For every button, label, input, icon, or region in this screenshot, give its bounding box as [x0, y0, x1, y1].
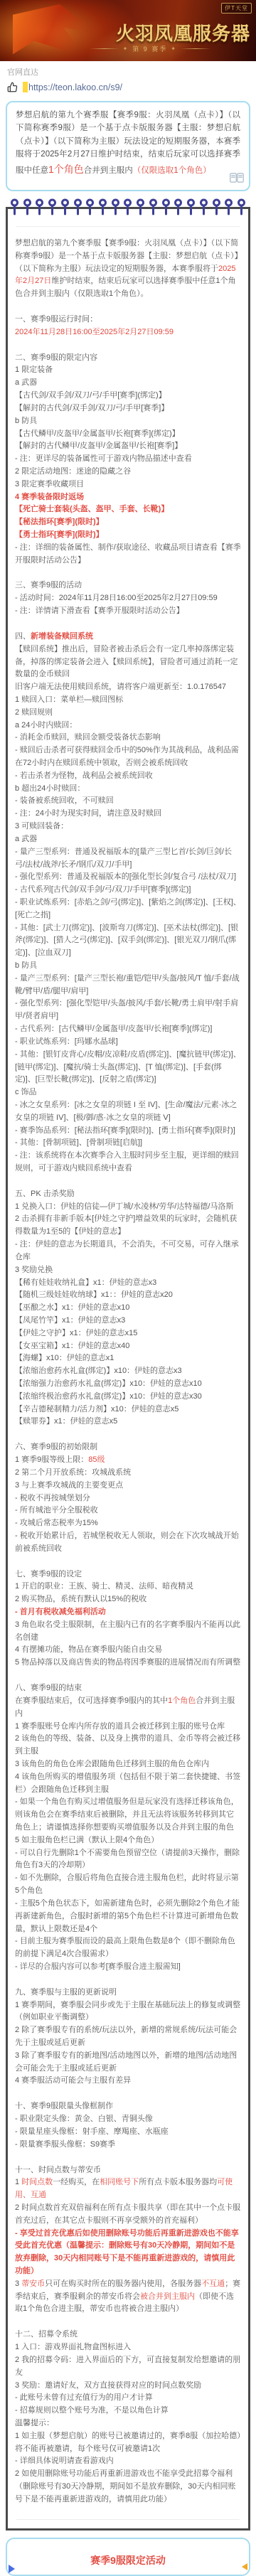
- read-mode-icon[interactable]: [230, 173, 244, 186]
- notice-line: 八、赛季9服的结束: [15, 1682, 241, 1695]
- notice-section: 五、PK 击杀奖励1 兑换入口：伊娃的信徒—伊丁城/水凌林/劳华/达特福德/马洛…: [15, 1188, 241, 1428]
- binder-ring-icon: [137, 198, 144, 216]
- notice-line: 九、赛季服与主服的更新说明: [15, 1987, 241, 1999]
- notice-line: 【巫酿之水】x1：伊娃的意志x10: [15, 1302, 241, 1315]
- notice-section: 十一、时间点数与蒂安币1 时间点数一经购买，在相同账号下所有点卡版本服务器均可使…: [15, 2164, 241, 2316]
- notice-section: 十二、招募令系统1 入口：游戏界面礼物盒图标进入2 我的招募令码：进入界面后的下…: [15, 2329, 241, 2506]
- notice-line: b 防具: [15, 415, 241, 428]
- text-segment: - 享受过首充优惠后如使用删除账号功能后再重新进游戏也不能享受此首充优惠（温馨提…: [15, 2229, 239, 2275]
- text-segment: - 强化型系列：普通及祝福版本的[强化型长剑/复合弓 /法杖/双刀]: [15, 872, 236, 881]
- notice-line: 十一、时间点数与蒂安币: [15, 2164, 241, 2177]
- notice-line: - 装备被系统回收，不可赎回: [15, 795, 241, 808]
- notice-line: 十、赛季9服限量头像框制作: [15, 2100, 241, 2113]
- notice-line: 1 开启的职业：王族、骑士、精灵、法师、暗夜精灵: [15, 1581, 241, 1593]
- text-segment: 3 奖励：邀请好友，双方直接获得对应的时间点数奖励: [15, 2381, 201, 2390]
- text-segment: 1: [15, 2178, 21, 2186]
- notice-line: - 注：更详尽的装备属性可于游戏内物品描述中查看: [15, 453, 241, 466]
- notice-line: 2 击杀拥有非新手版本[伊娃之守护]增益效果的玩家时，会随机获得数量为1至5的【…: [15, 1213, 241, 1239]
- text-segment: 不互通: [201, 2280, 225, 2288]
- notice-line: - 如不先删除，合服后将角色直接合进主服角色栏，此时将显示第5个角色: [15, 1872, 241, 1898]
- text-segment: 3 限定赛季收藏项目: [15, 480, 84, 488]
- notice-line: 1 赛季期间，赛季服会同步或先于主服在基础玩法上的修复或调整（例如职业平衡调整）: [15, 1999, 241, 2025]
- thumbs-up-icon: [7, 82, 18, 92]
- text-segment: 2 该角色的等级、装备、以及身上携带的道具、金币等将会被迁移到主服: [15, 1734, 240, 1755]
- text-segment: 五、PK 击杀奖励: [15, 1190, 75, 1198]
- text-segment: 【海螺】x10：伊娃的意志x1: [15, 1354, 114, 1362]
- text-segment: 3 该角色的角色仓库会跟随角色迁移到主服的角色仓库内: [15, 1760, 209, 1768]
- text-segment: （仅限选取1个角色）: [133, 166, 211, 175]
- binder-ring-icon: [187, 198, 195, 216]
- activity-title: 赛季9服限定活动: [17, 2553, 239, 2567]
- text-segment: 4 有摆摊功能，物品在赛季服内能自由交易: [15, 1645, 162, 1654]
- text-segment: - 消耗金币赎回，赎回金额受装备状态影响: [15, 733, 161, 742]
- text-segment: 1 赛季9服等级上限：: [15, 1455, 88, 1464]
- text-segment: 【随机三级娃娃收纳球】x1：：伊娃的意志x20: [15, 1290, 173, 1299]
- text-segment: 3 角色取名受主服限制，在主服内已有的名字赛季服内不能再以此名创建: [15, 1620, 240, 1642]
- text-segment: 1 限定装备: [15, 365, 53, 374]
- notice-line: 1 赎回入口：菜单栏—赎回图标: [15, 694, 241, 707]
- text-segment: - 主服5个角色状态下，如需新建角色时，必须先删除2个角色才能再新建新角色，合服…: [15, 1899, 240, 1933]
- notice-line: 3 除了赛季服专有的新地图/活动地图以外，新增的地图/活动地图会可能会先于主服或…: [15, 2050, 241, 2075]
- text-segment: 2 时间点数首充双倍福利在所有点卡服共享（即在其中一个点卡服首充过后，在其它点卡…: [15, 2203, 240, 2225]
- text-highlight-cursor: [23, 82, 28, 92]
- notice-line: 二、赛季9服的限定内容: [15, 352, 241, 365]
- text-segment: 1 兑换入口：伊娃的信徒—伊丁城/水凌林/劳华/达特福德/马洛斯: [15, 1202, 233, 1211]
- text-segment: 十二、招募令系统: [15, 2330, 78, 2339]
- text-segment: - 其他：[武士刀(绑定)]、[波斯弯刀(绑定)]、[巫术法杖(绑定)]、[银斧…: [15, 924, 238, 958]
- banner-season: ✦ 第 9 赛季 ✦: [90, 44, 210, 53]
- text-segment: - 职业试炼系列：[玛娜水晶球]: [15, 1037, 118, 1046]
- notice-line: a 武器: [15, 377, 241, 390]
- notice-line: c 饰品: [15, 1086, 241, 1099]
- binder-ring-icon: [36, 198, 43, 216]
- notice-line: - 注：该系统将在本次赛季合入主服时同步至主服，更详细的赎回规则，可于游戏内赎回…: [15, 1150, 241, 1175]
- notice-line: - 税收不再按城堡划分: [15, 1492, 241, 1505]
- ornament-diamond-right: ✦: [171, 46, 177, 52]
- text-segment: 【古代剑/双手剑/双刀/弓/手甲[赛季](绑定)】: [15, 391, 166, 400]
- notice-line: 【死亡骑士套装(头盔、盔甲、手套、长靴)】: [15, 503, 241, 516]
- official-site-link[interactable]: https://teon.lakoo.cn/s9/: [28, 82, 122, 92]
- activity-card: 赛季9服限定活动: [6, 2538, 250, 2576]
- notice-line: - 限量星座头像框：射手座、摩羯座、水瓶座: [15, 2126, 241, 2139]
- notice-line: 5 物品掉落以及商店售卖的物品将因季赛服的进展情况而有所调整: [15, 1657, 241, 1669]
- notice-line: 梦想启航的第九个赛季服【赛季9服：火羽凤凰（点卡）】（以下简称赛季9服）是一个基…: [15, 237, 241, 301]
- ornament-line-left: [90, 48, 119, 49]
- season-label: 第 9 赛季: [132, 44, 167, 53]
- text-segment: b 防具: [15, 417, 37, 425]
- notice-line: - 强化型系列：普通及祝福版本的[强化型长剑/复合弓 /法杖/双刀]: [15, 871, 241, 884]
- notice-line: 1 赛季9服等级上限：85级: [15, 1454, 241, 1467]
- notice-line: 【辛吉德秘制精力/活力剂】x10：伊娃的意志x5: [15, 1404, 241, 1416]
- text-segment: 4 赛季装备限时返场: [15, 493, 84, 501]
- notice-line: - 注：详情请下滑查看【赛季开服限时活动公告】: [15, 605, 241, 618]
- divider-bottom: [16, 2519, 240, 2520]
- binder-ring-icon: [200, 198, 208, 216]
- notice-section: 十、赛季9服限量头像框制作- 职业限定头像：黄金、白银、青铜头像- 限量星座头像…: [15, 2100, 241, 2151]
- notice-line: - 古代系列[古代剑/双手剑/弓/双刀/手甲[赛季](绑定)]: [15, 884, 241, 897]
- text-segment: 八、赛季9服的结束: [15, 1684, 82, 1692]
- notice-line: a 武器: [15, 833, 241, 846]
- text-segment: - 注：24小时为现实时间，请注意及时赎回: [15, 809, 161, 818]
- text-segment: - 职业限定头像：黄金、白银、青铜头像: [15, 2115, 153, 2123]
- notice-line: 2 第二个月开放系统：攻城战系统: [15, 1467, 241, 1480]
- spiral-binding: [0, 198, 256, 216]
- text-segment: b 超出24小时赎回：: [15, 784, 85, 793]
- notice-card: 梦想启航的第九个赛季服【赛季9服：火羽凤凰（点卡）】（以下简称赛季9服）是一个基…: [6, 207, 250, 2530]
- text-segment: - 注：该系统将在本次赛季合入主服时同步至主服，更详细的赎回规则，可于游戏内赎回…: [15, 1151, 239, 1172]
- notice-line: 【赎回系统】推出后，冒险者被击杀后会有一定几率掉落绑定装备，掉落的绑定装备会进入…: [15, 643, 241, 681]
- text-segment: - 税收开始累计后，若城堡税收无人领取，则会在下次攻城战开始前被系统回收: [15, 1532, 239, 1553]
- summary-card: 梦想启航的第九个赛季服【赛季9服：火羽凤凰（点卡）】（以下简称赛季9服）是一个基…: [6, 101, 250, 191]
- notice-line: - 所有城池平分全服税收: [15, 1505, 241, 1517]
- notice-section: 四、新增装备赎回系统【赎回系统】推出后，冒险者被击杀后会有一定几率掉落绑定装备，…: [15, 631, 241, 1175]
- notice-line: - 详细具体说明请查看游戏内: [15, 2455, 241, 2468]
- text-segment: 4 该角色所购买的增值服务项（包括但不限于第二套快捷键、书签栏）会跟随角色迁移到…: [15, 1773, 240, 1794]
- notice-line: 六、赛季9服的初始限制: [15, 1441, 241, 1454]
- notice-line: - 如果一个角色有购买过增值服务但是玩家没有选择迁移该角色，则该角色会在赛季结束…: [15, 1796, 241, 1834]
- notice-line: 2 购买物品，系统有默认以15%的税收: [15, 1593, 241, 1606]
- notice-line: - 注：24小时为现实时间，请注意及时赎回: [15, 808, 241, 821]
- text-segment: 1 赎回入口：菜单栏—赎回图标: [15, 695, 123, 704]
- notice-line: 一、赛季9服运行时间：: [15, 314, 241, 326]
- notice-line: 【秘法指环[赛季](限时)】: [15, 516, 241, 529]
- notice-line: 【古代剑/双手剑/双刀/弓/手甲[赛季](绑定)】: [15, 390, 241, 402]
- text-segment: 梦想启航的第九个赛季服【赛季9服：火羽凤凰（点卡）】（以下简称赛季9服）是一个基…: [15, 239, 238, 273]
- ornament-diamond-left: ✦: [123, 46, 129, 52]
- text-segment: - 赎回后击杀者可获得赎回金币中的50%作为其战利品，战利品需在72小时内在赎回…: [15, 746, 239, 767]
- text-segment: - 招募规则以整个账号为准，不是以角色计算: [15, 2406, 169, 2415]
- binder-ring-icon: [48, 198, 56, 216]
- notice-line: - 税收开始累计后，若城堡税收无人领取，则会在下次攻城战开始前被系统回收: [15, 1530, 241, 1556]
- text-segment: 2 我的招募令码：进入界面后的下方，可直接复制发给想邀请的朋友: [15, 2356, 240, 2377]
- notice-line: - 享受过首充优惠后如使用删除账号功能后再重新进游戏也不能享受此首充优惠（温馨提…: [15, 2228, 241, 2278]
- notice-line: 【解封的古代剑/双手剑/双刀/弓/手甲[赛季]】: [15, 402, 241, 415]
- notice-line: - 其他：[武士刀(绑定)]、[波斯弯刀(绑定)]、[巫术法杖(绑定)]、[银斧…: [15, 922, 241, 960]
- notice-section: 梦想启航的第九个赛季服【赛季9服：火羽凤凰（点卡）】（以下简称赛季9服）是一个基…: [15, 237, 241, 301]
- text-segment: 1 如主服（梦想启航）的账号已被邀请过的，赛季8服（加拉哈德）将不能再被邀请，每…: [15, 2432, 241, 2453]
- notice-line: - 其他：[骨制项链]、[骨制项链[启航]]: [15, 1137, 241, 1150]
- notice-line: 2 如使用删除账号功能后再重新进游戏也不能享受此招募令福利（删除账号有30天冷静…: [15, 2468, 241, 2506]
- notice-line: - 注：详细的装备属性、制作/获取途径、收藏品项目请查看【赛季开服限时活动公告】: [15, 542, 241, 567]
- notice-line: - 职业限定头像：黄金、白银、青铜头像: [15, 2113, 241, 2126]
- text-segment: 2 赎回规则: [15, 708, 53, 717]
- notice-line: - 量产三型系列：普通及祝福版本的[量产三型匕首/长剑/巨剑/长弓/法杖/战斧/…: [15, 846, 241, 872]
- notice-section: 六、赛季9服的初始限制1 赛季9服等级上限：85级2 第二个月开放系统：攻城战系…: [15, 1441, 241, 1555]
- text-segment: - 活动时间：2024年11月28日16:00至2025年2月27日09:59: [15, 594, 218, 602]
- text-segment: - 详尽的合服内容可以参考[赛季服合进主服需知]: [15, 1962, 181, 1971]
- notice-line: 2 时间点数首充双倍福利在所有点卡服共享（即在其中一个点卡服首充过后，在其它点卡…: [15, 2202, 241, 2228]
- text-segment: 【死亡骑士套装(头盔、盔甲、手套、长靴)】: [15, 505, 169, 513]
- text-segment: 2 如使用删除账号功能后再重新进游戏也不能享受此招募令福利（删除账号有30天冷静…: [15, 2469, 235, 2503]
- link-row: https://teon.lakoo.cn/s9/: [0, 79, 256, 99]
- text-segment: 1 入口：游戏界面礼物盒图标进入: [15, 2343, 131, 2351]
- notice-line: 3 角色取名受主服限制，在主服内已有的名字赛季服内不能再以此名创建: [15, 1619, 241, 1645]
- text-segment: 蒂安币: [21, 2280, 45, 2288]
- notice-section: 一、赛季9服运行时间：2024年11月28日16:00至2025年2月27日09…: [15, 314, 241, 339]
- text-segment: - 详细具体说明请查看游戏内: [15, 2457, 114, 2465]
- text-segment: - 冰之女皇系列：[冰之女皇的项链 I 至 IV]、[生命/魔法/元素·冰之女皇…: [15, 1101, 237, 1122]
- binder-ring-icon: [225, 198, 233, 216]
- text-segment: 3 除了赛季服专有的新地图/活动地图以外，新增的地图/活动地图会可能会先于主服或…: [15, 2051, 237, 2073]
- banner: 伊T天堂 火羽凤凰服务器 ✦ 第 9 赛季 ✦: [0, 0, 256, 61]
- notice-line: 【随机三级娃娃收纳球】x1：：伊娃的意志x20: [15, 1289, 241, 1302]
- text-segment: - 攻城后常态税率为15%: [15, 1519, 98, 1527]
- notice-line: - 赎回后击杀者可获得赎回金币中的50%作为其战利品，战利品需在72小时内在赎回…: [15, 744, 241, 770]
- notice-line: - 详尽的合服内容可以参考[赛季服合进主服需知]: [15, 1961, 241, 1974]
- text-segment: - 古代系列[古代剑/双手剑/弓/双刀/手甲[赛季](绑定)]: [15, 885, 191, 894]
- text-segment: 5 物品掉落以及商店售卖的物品将因季赛服的进展情况而有所调整: [15, 1658, 240, 1667]
- divider-top: [16, 226, 240, 227]
- binder-ring-icon: [86, 198, 94, 216]
- text-segment: 【赎回系统】推出后，冒险者被击杀后会有一定几率掉落绑定装备，掉落的绑定装备会进入…: [15, 645, 238, 679]
- notice-section: 九、赛季服与主服的更新说明1 赛季期间，赛季服会同步或先于主服在基础玩法上的修复…: [15, 1987, 241, 2088]
- notice-line: - 古代系列：[古代鳞甲/金属盔甲/皮盔甲/长袍[赛季](绑定)]: [15, 1023, 241, 1036]
- text-segment: - 古代系列：[古代鳞甲/金属盔甲/皮盔甲/长袍[赛季](绑定)]: [15, 1025, 212, 1033]
- notice-line: 【勇士指环[赛季](限时)】: [15, 529, 241, 542]
- play-arrow-blue-icon: [9, 2565, 15, 2573]
- notice-section: 八、赛季9服的结束在赛季服结束后，仅可选择赛季9服内的其中1个角色合并到主服内1…: [15, 1682, 241, 1974]
- notice-line: 【凤尾竹竿】x1：伊娃的意志x3: [15, 1315, 241, 1327]
- text-segment: - 职业试炼系列：[赤焰之剑/弓(绑定)]、[紫焰之剑(绑定)]、[王权]、[死…: [15, 898, 241, 919]
- article-page: 伊T天堂 火羽凤凰服务器 ✦ 第 9 赛季 ✦ 官网直达 https://teo…: [0, 0, 256, 2576]
- text-segment: - 所有城池平分全服税收: [15, 1506, 98, 1514]
- site-label: 官网直达: [0, 61, 256, 79]
- text-segment: 1 赛季服账号仓库内所存放的道具会被迁移到主服的账号仓库: [15, 1722, 225, 1731]
- text-segment: 3 与上赛季攻城战的主要变更点: [15, 1481, 123, 1490]
- banner-title: 火羽凤凰服务器: [116, 19, 250, 46]
- text-segment: 温馨提示：: [15, 2419, 54, 2427]
- notice-line: 4 该角色所购买的增值服务项（包括但不限于第二套快捷键、书签栏）会跟随角色迁移到…: [15, 1771, 241, 1797]
- text-segment: 旧客户端无法使用赎回系统，请将客户端更新至：1.0.176547: [15, 683, 226, 691]
- notice-line: 1 兑换入口：伊娃的信徒—伊丁城/水凌林/劳华/达特福德/马洛斯: [15, 1201, 241, 1214]
- notice-line: - 招募规则以整个账号为准，不是以角色计算: [15, 2405, 241, 2417]
- brand-logo: 伊T天堂: [221, 3, 252, 14]
- notice-line: 七、赛季9服的设定: [15, 1568, 241, 1581]
- binder-ring-icon: [124, 198, 132, 216]
- notice-line: 1 入口：游戏界面礼物盒图标进入: [15, 2341, 241, 2354]
- notice-line: - 首月有税收减免福利活动: [15, 1606, 241, 1619]
- text-segment: - 限量星座头像框：射手座、摩羯座、水瓶座: [15, 2127, 169, 2136]
- notice-line: - 活动时间：2024年11月28日16:00至2025年2月27日09:59: [15, 592, 241, 605]
- notice-line: 2 我的招募令码：进入界面后的下方，可直接复制发给想邀请的朋友: [15, 2354, 241, 2380]
- notice-line: 1 如主服（梦想启航）的账号已被邀请过的，赛季8服（加拉哈德）将不能再被邀请，每…: [15, 2430, 241, 2456]
- text-segment: 2 第二个月开放系统：攻城战系统: [15, 1468, 131, 1477]
- text-segment: 1 赛季期间，赛季服会同步或先于主服在基础玩法上的修复或调整（例如职业平衡调整）: [15, 2001, 240, 2022]
- text-segment: 1个角色: [48, 164, 84, 175]
- text-segment: 【秘法指环[赛季](限时)】: [15, 518, 104, 526]
- text-segment: 十一、时间点数与蒂安币: [15, 2166, 101, 2174]
- text-segment: 【浓缩强力治愈药水礼盒(绑定)】x10：伊娃的意志x10: [15, 1379, 202, 1388]
- text-segment: 三、赛季9服的活动: [15, 581, 82, 589]
- text-segment: - 首月有税收减免福利活动: [15, 1608, 106, 1616]
- notice-line: b 防具: [15, 960, 241, 973]
- notice-line: - 限量赛季服头像框：S9赛季: [15, 2139, 241, 2152]
- notice-line: 【女巫宝箱】x1：伊娃的意志x40: [15, 1340, 241, 1353]
- notice-line: 四、新增装备赎回系统: [15, 631, 241, 643]
- text-segment: 一经购买，在: [53, 2178, 100, 2186]
- text-segment: - 注：详细的装备属性、制作/获取途径、收藏品项目请查看【赛季开服限时活动公告】: [15, 543, 241, 565]
- text-segment: 2024年11月28日16:00至2025年2月27日09:59: [15, 328, 174, 336]
- text-segment: - 如果一个角色有购买过增值服务但是玩家没有选择迁移该角色，则该角色会在赛季结束…: [15, 1797, 239, 1832]
- text-segment: 在赛季服结束后，仅可选择赛季9服内的其中: [15, 1696, 168, 1705]
- text-segment: 4 赛季服活动可能会与主服有差异: [15, 2076, 131, 2085]
- notice-line: 旧客户端无法使用赎回系统，请将客户端更新至：1.0.176547: [15, 681, 241, 694]
- text-segment: - 注：详情请下滑查看【赛季开服限时活动公告】: [15, 606, 184, 615]
- notice-line: 3 蒂安币只可在购买时所在的服务器内使用，各服务器不互通；赛季结束后，赛季服剩余…: [15, 2278, 241, 2316]
- binder-ring-icon: [99, 198, 107, 216]
- text-segment: - 此账号未曾有过充值行为的用户才计算: [15, 2393, 153, 2402]
- text-segment: - 装备被系统回收，不可赎回: [15, 796, 114, 805]
- notice-line: 4 赛季装备限时返场: [15, 491, 241, 504]
- text-segment: 【解封的古代鳞甲/皮盔甲/金属盔甲/长袍[赛季]】: [15, 442, 182, 450]
- text-segment: 【辛吉德秘制精力/活力剂】x10：伊娃的意志x5: [15, 1405, 178, 1413]
- notice-line: 3 该角色的角色仓库会跟随角色迁移到主服的角色仓库内: [15, 1758, 241, 1771]
- text-segment: 合并到主服内: [84, 166, 133, 175]
- notice-line: 【浓缩强力治愈药水礼盒(绑定)】x10：伊娃的意志x10: [15, 1378, 241, 1391]
- text-segment: 相同账号下: [100, 2178, 139, 2186]
- notice-line: 【浓缩治愈药水礼盒(绑定)】x10：伊娃的意志x3: [15, 1365, 241, 1378]
- notice-line: - 强化型系列：[强化型铠甲/头盔/披风/手套/长靴/勇士肩甲/射手肩甲/贤者肩…: [15, 998, 241, 1023]
- text-segment: - 如不先删除，合服后将角色直接合进主服角色栏，此时将显示第5个角色: [15, 1874, 239, 1895]
- text-segment: 【解封的古代剑/双手剑/双刀/弓/手甲[赛季]】: [15, 404, 169, 412]
- notice-line: - 目前主服为赛季服而设的最高上限角色数是8个（即不删除角色的前提下满足4次合服…: [15, 1935, 241, 1961]
- text-segment: 【赎罪券】x1：伊娃的意志x5: [15, 1417, 117, 1426]
- notice-line: 2 限定活动地图：迷途的隐藏之谷: [15, 466, 241, 479]
- text-segment: 十、赛季9服限量头像框制作: [15, 2102, 113, 2110]
- text-segment: 3: [15, 2280, 21, 2288]
- notice-line: - 职业试炼系列：[玛娜水晶球]: [15, 1036, 241, 1049]
- text-segment: 【浓缩治愈药水礼盒(绑定)】x10：伊娃的意志x3: [15, 1367, 182, 1375]
- binder-ring-icon: [112, 198, 119, 216]
- text-segment: - 目前主服为赛季服而设的最高上限角色数是8个（即不删除角色的前提下满足4次合服…: [15, 1937, 235, 1958]
- notice-body: 梦想启航的第九个赛季服【赛季9服：火羽凤凰（点卡）】（以下简称赛季9服）是一个基…: [15, 237, 241, 2506]
- text-segment: 5 如主服角色栏已满（默认上限4个角色）: [15, 1836, 159, 1844]
- notice-line: 五、PK 击杀奖励: [15, 1188, 241, 1201]
- text-segment: 【凤尾竹竿】x1：伊娃的意志x3: [15, 1316, 125, 1325]
- text-segment: 1个角色: [168, 1696, 196, 1705]
- binder-ring-icon: [162, 198, 170, 216]
- text-segment: 四、: [15, 632, 31, 641]
- text-segment: - 限量赛季服头像框：S9赛季: [15, 2140, 115, 2149]
- notice-line: 【稀有娃娃收纳礼盒】x1：伊娃的意志x3: [15, 1277, 241, 1290]
- text-segment: 二、赛季9服的限定内容: [15, 353, 97, 362]
- text-segment: 2 击杀拥有非新手版本[伊娃之守护]增益效果的玩家时，会随机获得数量为1至5的【…: [15, 1214, 237, 1236]
- text-segment: 七、赛季9服的设定: [15, 1570, 82, 1578]
- text-segment: - 量产三型系列：普通及祝福版本的[量产三型匕首/长剑/巨剑/长弓/法杖/战斧/…: [15, 848, 232, 869]
- text-segment: - 可以自行先删除1个不需要角色预留空位（请提前3天操作，删除角色有3天的冷却期…: [15, 1849, 240, 1870]
- notice-line: 2 除了赛季服专有的系统/玩法以外，新增的常规系统/玩法可能会先于主服或延后更新: [15, 2024, 241, 2050]
- text-segment: 1 开启的职业：王族、骑士、精灵、法师、暗夜精灵: [15, 1582, 193, 1591]
- text-segment: 2 购买物品，系统有默认以15%的税收: [15, 1595, 146, 1603]
- text-segment: 2 限定活动地图：迷途的隐藏之谷: [15, 467, 131, 476]
- notice-section: 三、赛季9服的活动- 活动时间：2024年11月28日16:00至2025年2月…: [15, 579, 241, 617]
- ornament-line-right: [181, 48, 210, 49]
- text-segment: c 饰品: [15, 1088, 37, 1096]
- notice-line: 温馨提示：: [15, 2417, 241, 2430]
- binder-ring-icon: [174, 198, 182, 216]
- binder-ring-icon: [74, 198, 82, 216]
- text-segment: 只可在购买时所在的服务器内使用，各服务器: [45, 2280, 201, 2288]
- notice-line: 5 如主服角色栏已满（默认上限4个角色）: [15, 1834, 241, 1847]
- notice-line: 三、赛季9服的活动: [15, 579, 241, 592]
- notice-section: 七、赛季9服的设定1 开启的职业：王族、骑士、精灵、法师、暗夜精灵2 购买物品，…: [15, 1568, 241, 1670]
- notice-line: - 可以自行先删除1个不需要角色预留空位（请提前3天操作，删除角色有3天的冷却期…: [15, 1847, 241, 1873]
- notice-line: 【浓缩终极治愈药水礼盒(绑定)】x10：伊娃的意志x30: [15, 1391, 241, 1404]
- text-segment: - 注：更详尽的装备属性可于游戏内物品描述中查看: [15, 454, 192, 463]
- text-segment: - 赛季饰品系列：[秘法指环[赛季](限时)]、[勇士指环[赛季](限时)]: [15, 1126, 235, 1135]
- notice-line: 1 时间点数一经购买，在相同账号下所有点卡版本服务器均可使用、互通: [15, 2176, 241, 2202]
- notice-line: - 若击杀者为怪物，战利品会被系统回收: [15, 770, 241, 783]
- notice-line: - 攻城后常态税率为15%: [15, 1517, 241, 1530]
- notice-line: - 此账号未曾有过充值行为的用户才计算: [15, 2392, 241, 2405]
- binder-ring-icon: [149, 198, 157, 216]
- notice-line: 4 赛季服活动可能会与主服有差异: [15, 2075, 241, 2088]
- text-segment: 【巫酿之水】x1：伊娃的意志x10: [15, 1303, 129, 1312]
- notice-line: 在赛季服结束后，仅可选择赛季9服内的其中1个角色合并到主服内: [15, 1695, 241, 1721]
- notice-line: 3 与上赛季攻城战的主要变更点: [15, 1480, 241, 1492]
- notice-line: 1 赛季服账号仓库内所存放的道具会被迁移到主服的账号仓库: [15, 1721, 241, 1733]
- text-segment: 3 奖励兑换: [15, 1266, 53, 1274]
- text-segment: 3 可赎回装备：: [15, 822, 68, 830]
- binder-ring-icon: [23, 198, 31, 216]
- notice-line: 2 该角色的等级、装备、以及身上携带的道具、金币等将会被迁移到主服: [15, 1733, 241, 1758]
- notice-line: - 消耗金币赎回，赎回金额受装备状态影响: [15, 732, 241, 744]
- notice-line: 【古代鳞甲/皮盔甲/金属盔甲/长袍[赛季](绑定)】: [15, 428, 241, 441]
- text-segment: 新增装备赎回系统: [31, 632, 93, 641]
- notice-line: 2 赎回规则: [15, 707, 241, 720]
- notice-line: 十二、招募令系统: [15, 2329, 241, 2341]
- text-segment: a 武器: [15, 378, 37, 387]
- text-segment: 【浓缩终极治愈药水礼盒(绑定)】x10：伊娃的意志x30: [15, 1392, 202, 1401]
- text-segment: - 其他：[银钉皮背心/皮帽/皮凉鞋/皮盾(绑定)]、[魔抗链甲(绑定)]、[链…: [15, 1050, 241, 1084]
- notice-line: 【海螺】x10：伊娃的意志x1: [15, 1352, 241, 1365]
- text-segment: a 武器: [15, 835, 37, 843]
- notice-line: - 主服5个角色状态下，如需新建角色时，必须先删除2个角色才能再新建新角色，合服…: [15, 1898, 241, 1935]
- text-segment: 2 除了赛季服专有的系统/玩法以外，新增的常规系统/玩法可能会先于主服或延后更新: [15, 2026, 237, 2047]
- text-segment: - 其他：[骨制项链]、[骨制项链[启航]]: [15, 1138, 142, 1147]
- text-segment: - 若击杀者为怪物，战利品会被系统回收: [15, 771, 153, 780]
- notice-line: 3 奖励兑换: [15, 1264, 241, 1277]
- notice-line: - 其他：[银钉皮背心/皮帽/皮凉鞋/皮盾(绑定)]、[魔抗链甲(绑定)]、[链…: [15, 1049, 241, 1086]
- text-segment: 被合并到主服内: [140, 2292, 195, 2301]
- binder-ring-icon: [238, 198, 245, 216]
- summary-text: 梦想启航的第九个赛季服【赛季9服：火羽凤凰（点卡）】（以下简称赛季9服）是一个基…: [16, 109, 240, 177]
- notice-line: 3 限定赛季收藏项目: [15, 479, 241, 491]
- notice-line: 【解封的古代鳞甲/皮盔甲/金属盔甲/长袍[赛季]】: [15, 440, 241, 453]
- text-segment: 【稀有娃娃收纳礼盒】x1：伊娃的意志x3: [15, 1278, 156, 1287]
- notice-line: 【伊娃之守护】x1：伊娃的意志x15: [15, 1327, 241, 1340]
- text-segment: 【勇士指环[赛季](限时)】: [15, 530, 104, 539]
- notice-line: - 赛季饰品系列：[秘法指环[赛季](限时)]、[勇士指环[赛季](限时)]: [15, 1125, 241, 1138]
- notice-line: 3 奖励：邀请好友，双方直接获得对应的时间点数奖励: [15, 2380, 241, 2393]
- notice-line: - 量产三型系列：[量产三型长袍/重铠/铠甲/头盔/披风/T 恤/手套/战靴/臂…: [15, 973, 241, 998]
- text-segment: 一、赛季9服运行时间：: [15, 315, 97, 324]
- text-segment: 【伊娃之守护】x1：伊娃的意志x15: [15, 1329, 137, 1337]
- text-segment: 六、赛季9服的初始限制: [15, 1443, 97, 1451]
- text-segment: - 注：伊娃的意志为长期道具，不会消失，不可交易，可存入继承仓库: [15, 1240, 239, 1261]
- notice-section: 二、赛季9服的限定内容1 限定装备a 武器【古代剑/双手剑/双刀/弓/手甲[赛季…: [15, 352, 241, 567]
- text-segment: a 24小时内赎回：: [15, 721, 77, 729]
- binder-ring-icon: [61, 198, 69, 216]
- binder-ring-icon: [213, 198, 220, 216]
- text-segment: 时间点数: [21, 2178, 53, 2186]
- notice-line: - 冰之女皇系列：[冰之女皇的项链 I 至 IV]、[生命/魔法/元素·冰之女皇…: [15, 1099, 241, 1125]
- notice-line: - 注：伊娃的意志为长期道具，不会消失，不可交易，可存入继承仓库: [15, 1239, 241, 1264]
- play-arrow-yellow-icon: [242, 2563, 247, 2570]
- text-segment: b 防具: [15, 961, 37, 970]
- notice-line: a 24小时内赎回：: [15, 720, 241, 732]
- text-segment: 85级: [88, 1455, 105, 1464]
